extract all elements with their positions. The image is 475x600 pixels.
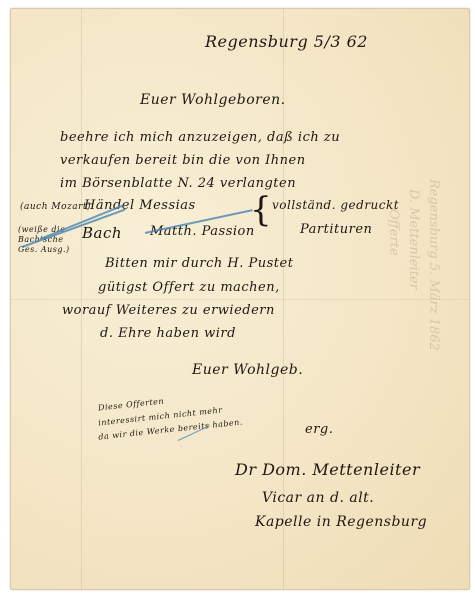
body-line: Bitten mir durch H. Pustet (105, 256, 293, 271)
closing-abbrev: erg. (305, 422, 333, 437)
brace-note: Partituren (300, 222, 372, 237)
closing: Euer Wohlgeb. (192, 362, 303, 378)
bleed-through-text: D. Mettenleiter (406, 189, 421, 290)
bleed-through-text: Regensburg 5. März 1862 (426, 179, 441, 351)
signature-title: Vicar an d. alt. (262, 490, 374, 506)
body-line: verkaufen bereit bin die von Ihnen (60, 153, 306, 168)
body-line: worauf Weiteres zu erwiedern (62, 303, 275, 318)
signature-location: Kapelle in Regensburg (255, 514, 427, 530)
place-date: Regensburg 5/3 62 (205, 32, 368, 51)
body-line: beehre ich mich anzuzeigen, daß ich zu (60, 130, 340, 145)
body-line: im Börsenblatte N. 24 verlangten (60, 176, 296, 191)
item-handel: Händel Messias (84, 198, 196, 213)
bleed-through-text: Offerte (386, 209, 401, 256)
item-matth-passion: Matth. Passion (150, 224, 255, 239)
item-bach: Bach (82, 224, 122, 242)
signature-name: Dr Dom. Mettenleiter (235, 460, 420, 479)
body-line: gütigst Offert zu machen, (98, 280, 280, 295)
brace-mark: { (250, 190, 272, 230)
fold-line (11, 299, 469, 300)
salutation: Euer Wohlgeboren. (140, 92, 286, 108)
body-line: d. Ehre haben wird (100, 326, 236, 341)
brace-note: vollständ. gedruckt (272, 198, 399, 212)
margin-note: (auch Mozart) (20, 202, 91, 212)
